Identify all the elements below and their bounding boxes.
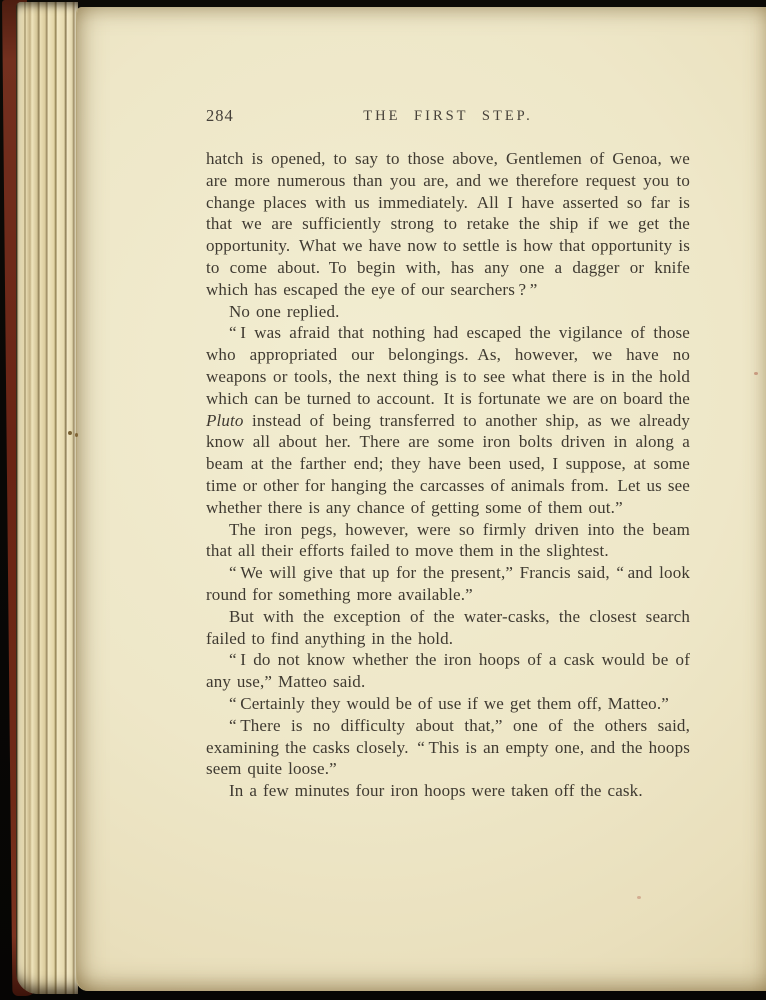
text-run: The iron pegs, however, were so firmly d… — [206, 520, 690, 561]
text-run: “ There is no difficulty about that,” on… — [206, 716, 690, 779]
text-run-italic: Pluto — [206, 411, 244, 430]
text-run: In a few minutes four iron hoops were ta… — [229, 781, 643, 800]
text-run: “ I was afraid that nothing had escaped … — [206, 323, 690, 407]
page-header: 284 THE FIRST STEP. — [206, 106, 690, 128]
book-page: 284 THE FIRST STEP. hatch is opened, to … — [76, 7, 766, 991]
paragraph: “ I do not know whether the iron hoops o… — [206, 649, 690, 693]
paragraph: “ We will give that up for the present,”… — [206, 562, 690, 606]
page-edge-stack — [16, 2, 78, 994]
text-run: But with the exception of the water-cask… — [206, 607, 690, 648]
paper-speck — [68, 431, 72, 435]
paragraph: No one replied. — [206, 301, 690, 323]
paragraph: In a few minutes four iron hoops were ta… — [206, 780, 690, 802]
text-run: “ We will give that up for the present,”… — [206, 563, 690, 604]
running-header: THE FIRST STEP. — [206, 108, 690, 125]
paragraph: “ I was afraid that nothing had escaped … — [206, 322, 690, 518]
text-run: instead of being transferred to another … — [206, 411, 690, 517]
text-block: hatch is opened, to say to those above, … — [206, 148, 690, 802]
paragraph: “ There is no difficulty about that,” on… — [206, 715, 690, 780]
text-run: “ I do not know whether the iron hoops o… — [206, 650, 690, 691]
paper-speck — [754, 372, 758, 375]
text-run: hatch is opened, to say to those above, … — [206, 149, 690, 299]
paragraph: “ Certainly they would be of use if we g… — [206, 693, 690, 715]
text-run: No one replied. — [229, 302, 340, 321]
text-run: “ Certainly they would be of use if we g… — [229, 694, 669, 713]
scanned-book: 284 THE FIRST STEP. hatch is opened, to … — [0, 0, 766, 1000]
paragraph: The iron pegs, however, were so firmly d… — [206, 519, 690, 563]
paper-speck — [637, 896, 641, 899]
paper-speck — [75, 433, 78, 437]
paragraph: But with the exception of the water-cask… — [206, 606, 690, 650]
paragraph: hatch is opened, to say to those above, … — [206, 148, 690, 301]
